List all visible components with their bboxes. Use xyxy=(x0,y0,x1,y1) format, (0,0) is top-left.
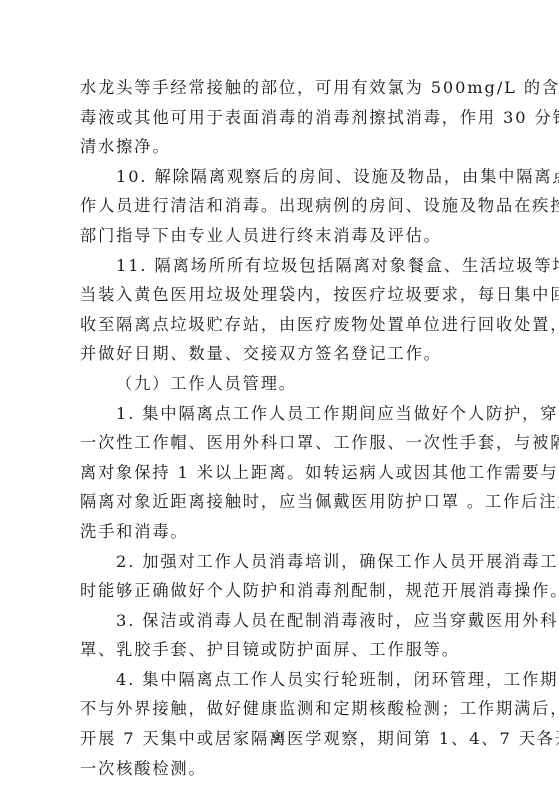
text-line: 10. 解除隔离观察后的房间、设施及物品，由集中隔离点工 xyxy=(80,162,484,192)
paragraph-staff-item-1: 1. 集中隔离点工作人员工作期间应当做好个人防护，穿戴 一次性工作帽、医用外科口… xyxy=(80,399,484,547)
text-line: 罩、乳胶手套、护目镜或防护面屏、工作服等。 xyxy=(80,635,484,665)
text-line: 清水擦净。 xyxy=(80,132,484,162)
paragraph-continuation: 水龙头等手经常接触的部位，可用有效氯为 500mg/L 的含氯消 毒液或其他可用… xyxy=(80,73,484,162)
text-line: 时能够正确做好个人防护和消毒剂配制，规范开展消毒操作。 xyxy=(80,576,484,606)
paragraph-staff-item-3: 3. 保洁或消毒人员在配制消毒液时，应当穿戴医用外科口 罩、乳胶手套、护目镜或防… xyxy=(80,606,484,665)
text-line: 1. 集中隔离点工作人员工作期间应当做好个人防护，穿戴 xyxy=(80,399,484,429)
text-line: 3. 保洁或消毒人员在配制消毒液时，应当穿戴医用外科口 xyxy=(80,606,484,636)
text-line: 部门指导下由专业人员进行终末消毒及评估。 xyxy=(80,221,484,251)
text-line: 当装入黄色医用垃圾处理袋内，按医疗垃圾要求，每日集中回 xyxy=(80,280,484,310)
page-body: 水龙头等手经常接触的部位，可用有效氯为 500mg/L 的含氯消 毒液或其他可用… xyxy=(80,73,484,783)
document-page: 水龙头等手经常接触的部位，可用有效氯为 500mg/L 的含氯消 毒液或其他可用… xyxy=(0,0,559,793)
text-line: 洗手和消毒。 xyxy=(80,517,484,547)
text-line: 一次性工作帽、医用外科口罩、工作服、一次性手套，与被隔 xyxy=(80,428,484,458)
text-line: 不与外界接触，做好健康监测和定期核酸检测；工作期满后， xyxy=(80,694,484,724)
paragraph-item-10: 10. 解除隔离观察后的房间、设施及物品，由集中隔离点工 作人员进行清洁和消毒。… xyxy=(80,162,484,251)
text-line: 毒液或其他可用于表面消毒的消毒剂擦拭消毒，作用 30 分钟后 xyxy=(80,103,484,133)
text-line: 离对象保持 1 米以上距离。如转运病人或因其他工作需要与被 xyxy=(80,458,484,488)
text-line: 4. 集中隔离点工作人员实行轮班制，闭环管理，工作期间 xyxy=(80,665,484,695)
page-number: 91 xyxy=(0,730,559,746)
paragraph-item-11: 11. 隔离场所所有垃圾包括隔离对象餐盒、生活垃圾等均应 当装入黄色医用垃圾处理… xyxy=(80,251,484,369)
text-line: 收至隔离点垃圾贮存站，由医疗废物处置单位进行回收处置， xyxy=(80,310,484,340)
text-line: 隔离对象近距离接触时，应当佩戴医用防护口罩 。工作后注意 xyxy=(80,487,484,517)
section-heading-9: （九）工作人员管理。 xyxy=(80,369,484,399)
text-line: 11. 隔离场所所有垃圾包括隔离对象餐盒、生活垃圾等均应 xyxy=(80,251,484,281)
text-line: 并做好日期、数量、交接双方签名登记工作。 xyxy=(80,339,484,369)
text-line: 作人员进行清洁和消毒。出现病例的房间、设施及物品在疾控 xyxy=(80,191,484,221)
paragraph-staff-item-4: 4. 集中隔离点工作人员实行轮班制，闭环管理，工作期间 不与外界接触，做好健康监… xyxy=(80,665,484,783)
text-line: 水龙头等手经常接触的部位，可用有效氯为 500mg/L 的含氯消 xyxy=(80,73,484,103)
paragraph-staff-item-2: 2. 加强对工作人员消毒培训，确保工作人员开展消毒工作 时能够正确做好个人防护和… xyxy=(80,547,484,606)
text-line: 一次核酸检测。 xyxy=(80,754,484,784)
text-line: 2. 加强对工作人员消毒培训，确保工作人员开展消毒工作 xyxy=(80,547,484,577)
section-heading: （九）工作人员管理。 xyxy=(80,369,484,399)
